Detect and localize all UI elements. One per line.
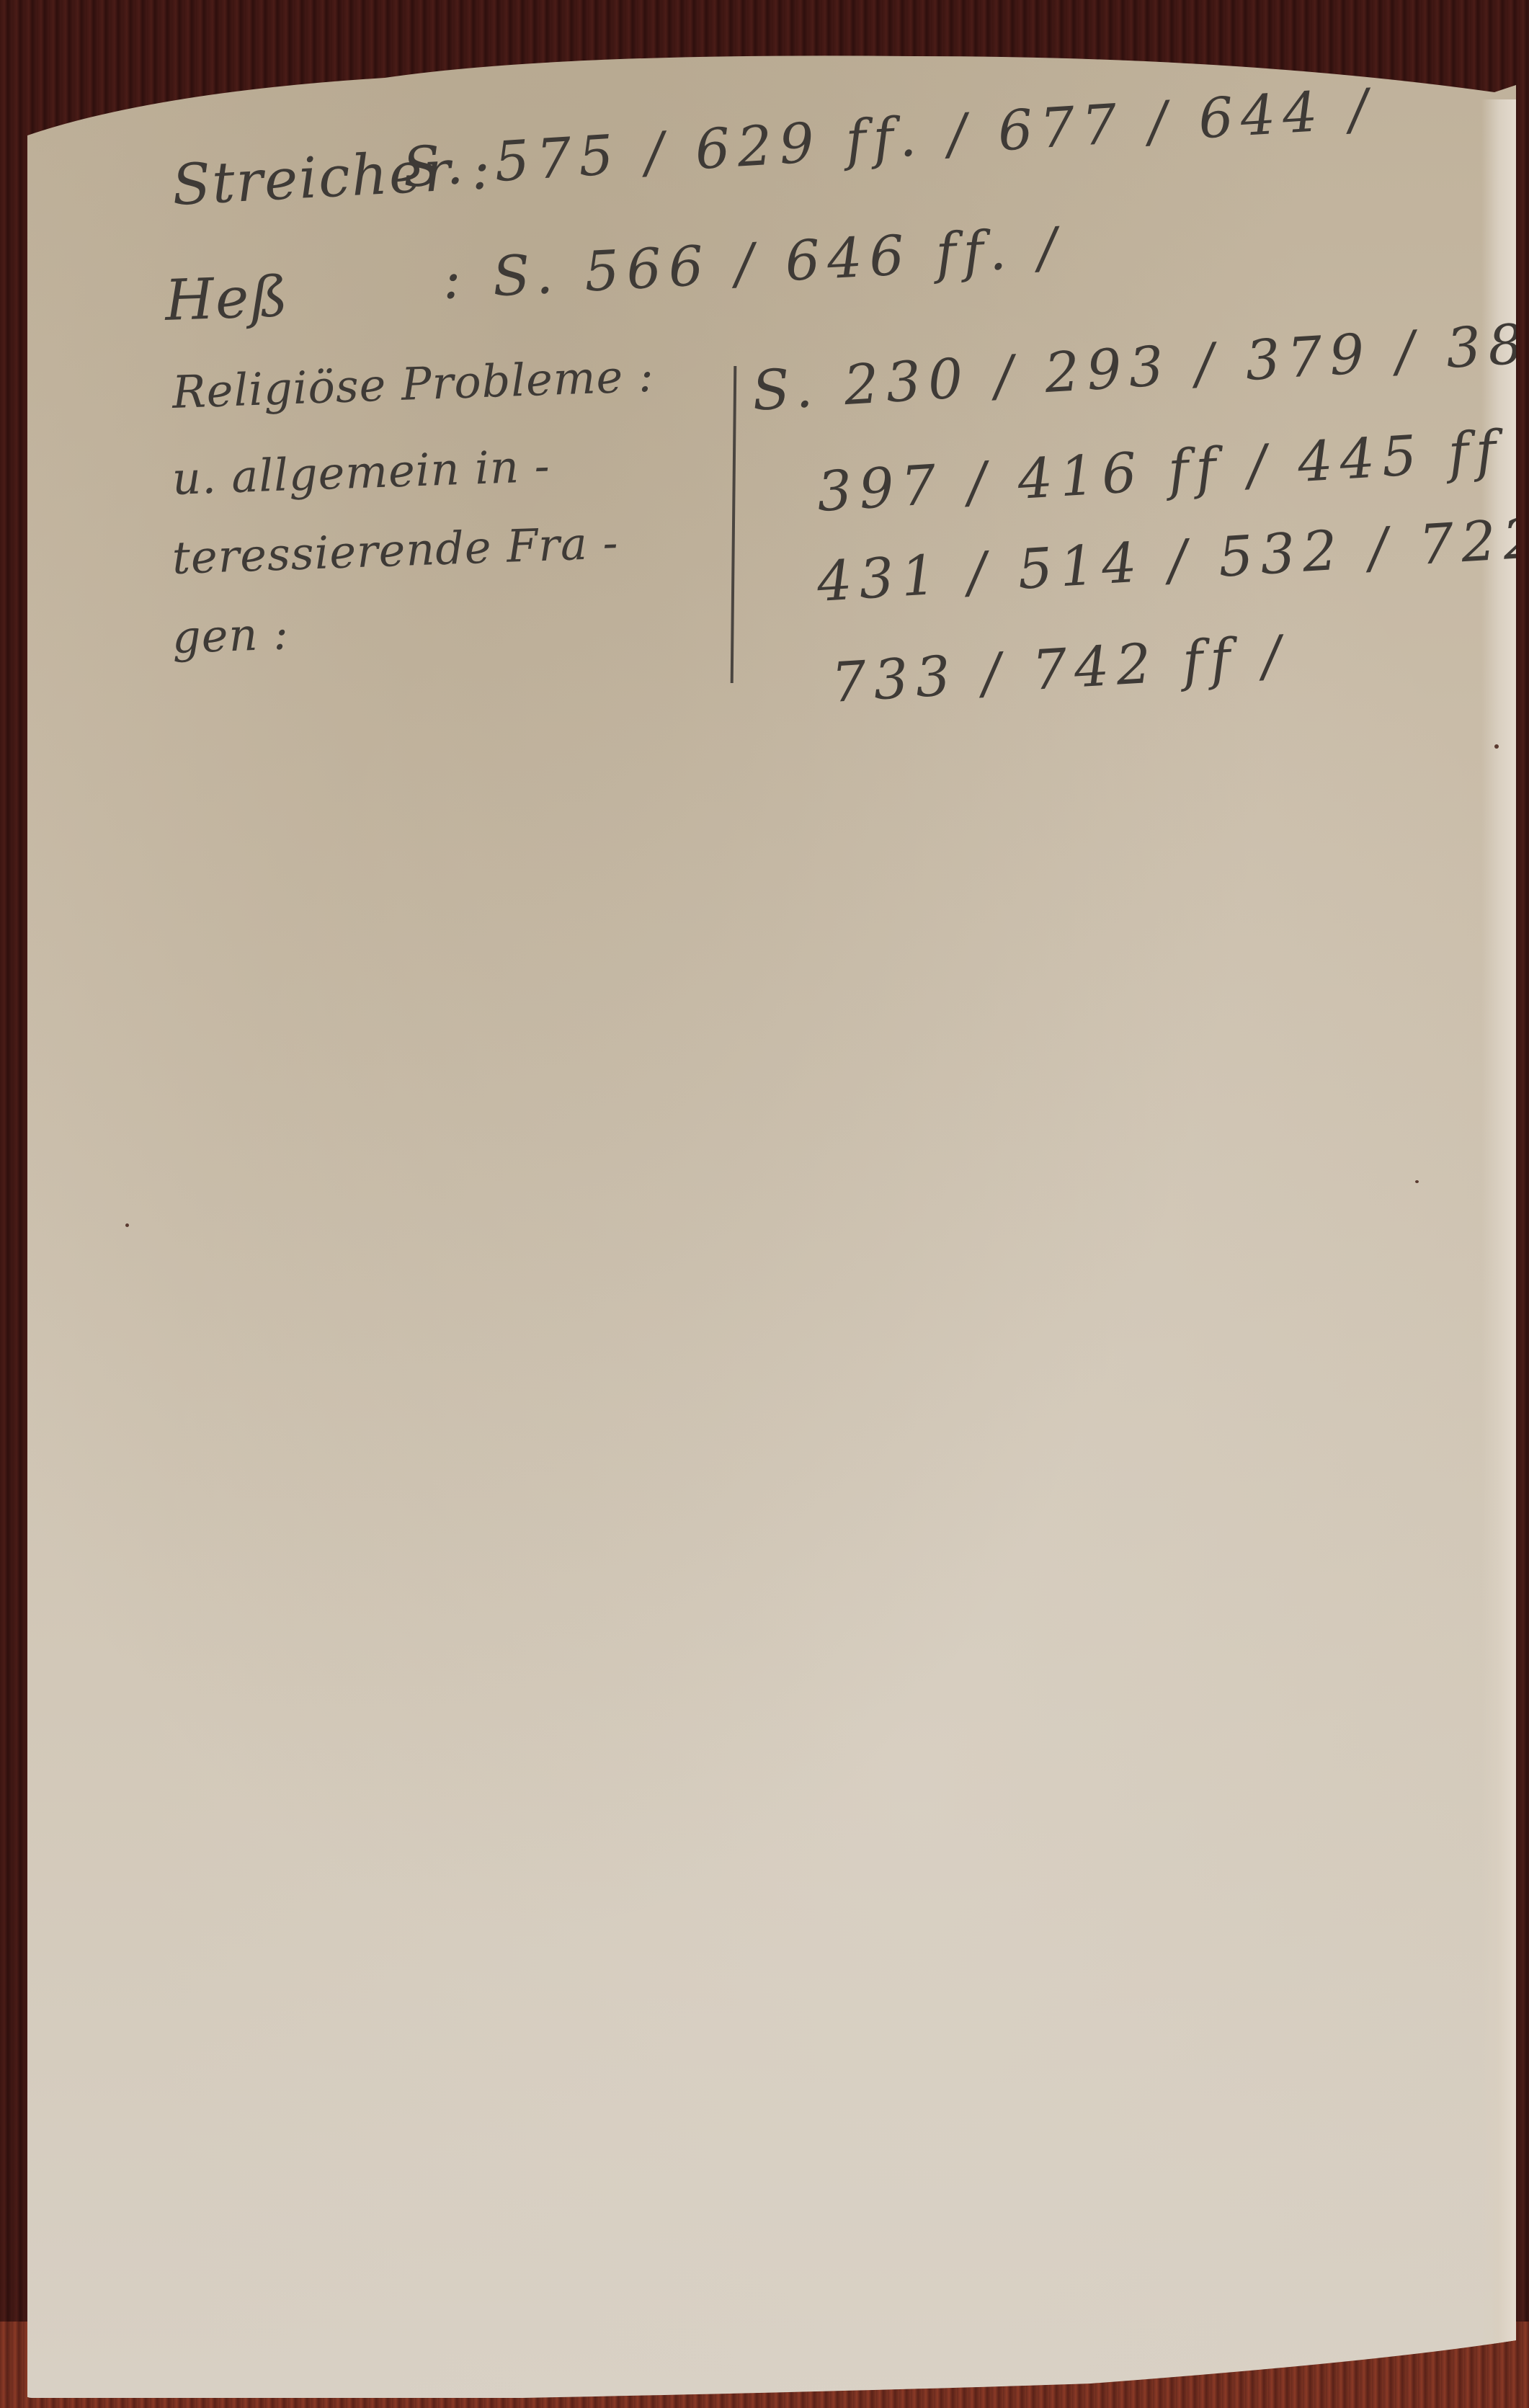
entry-hess-page-refs: : S. 566 / 646 ff. / <box>441 215 1066 311</box>
topic-page-refs-line: 431 / 514 / 532 / 722 / <box>815 502 1529 614</box>
entry-streicher-page-refs: S. 575 / 629 ff. / 677 / 644 / <box>401 76 1376 200</box>
topic-heading-line: u. allgemein in - <box>171 440 551 505</box>
topic-heading-line: teressierende Fra - <box>171 516 620 584</box>
paper-speck <box>1415 1180 1419 1183</box>
book-endpaper: Streicher : S. 575 / 629 ff. / 677 / 644… <box>10 13 1516 2398</box>
topic-page-refs-line: S. 230 / 293 / 379 / 385 / <box>750 306 1529 423</box>
paper-speck <box>125 1223 129 1227</box>
topic-page-refs-line: 733 / 742 ff / <box>829 623 1289 715</box>
entry-hess-label: Heß <box>164 264 290 334</box>
paper-speck <box>1523 1346 1529 1353</box>
topic-heading-line: Religiöse Probleme : <box>171 349 655 419</box>
topic-page-refs-line: 397 / 416 ff / 445 ff / <box>815 415 1529 524</box>
topic-heading-line: gen : <box>171 607 290 664</box>
bracket-divider-line <box>731 366 737 683</box>
paper-speck <box>1494 744 1499 749</box>
